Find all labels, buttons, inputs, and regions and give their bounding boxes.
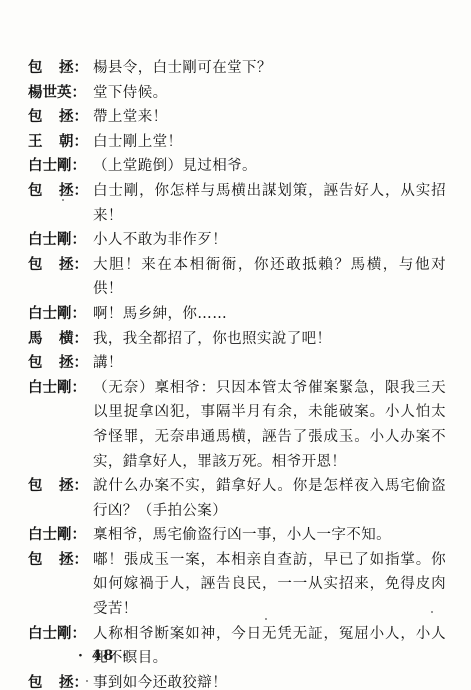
speaker-label: 白士剛: [28, 305, 72, 322]
scan-speck: [265, 618, 267, 620]
dialogue-text: 啊！馬乡紳，你……: [93, 302, 446, 327]
speaker-char: 包: [28, 474, 59, 499]
speaker-name: 白士剛：: [28, 622, 93, 647]
speaker-name: 包拯：: [28, 671, 93, 690]
dialogue-text: 人称相爷断案如神，今日无凭无証，冤屈小人，小人死不瞑目。: [93, 622, 446, 671]
speaker-name: 白士剛：: [28, 523, 93, 548]
dialogue-text: 講！: [93, 351, 446, 376]
dialogue-entry: 包拯： 說什么办案不实，錯拿好人。你是怎样夜入馬宅偷盗行凶？（手拍公案）: [28, 474, 446, 523]
dialogue-entry: 包拯： 大胆！来在本相衙衙，你还敢抵賴？馬横，与他对供！: [28, 253, 446, 302]
speaker-label: 白士剛: [28, 157, 72, 174]
dialogue-text: 說什么办案不实，錯拿好人。你是怎样夜入馬宅偷盗行凶？（手拍公案）: [93, 474, 446, 523]
speaker-label: 白士剛: [28, 379, 72, 396]
dialogue-text: （无奈）稟相爷：只因本管太爷催案緊急，限我三天以里捉拿凶犯，事隔半月有余，未能破…: [93, 376, 446, 474]
speaker-label: 白士剛: [28, 231, 72, 248]
speaker-char: 王: [28, 130, 59, 155]
dialogue-entry: 白士剛： （无奈）稟相爷：只因本管太爷催案緊急，限我三天以里捉拿凶犯，事隔半月有…: [28, 376, 446, 474]
speaker-char: 包: [28, 671, 59, 690]
speaker-label: 白士剛: [28, 625, 72, 642]
speaker-char: 馬: [28, 327, 59, 352]
speaker-name: 包拯：: [28, 548, 93, 573]
speaker-char: 包: [28, 56, 59, 81]
scan-speck: [431, 611, 433, 613]
speaker-char: 拯: [59, 551, 74, 568]
speaker-char: 拯: [59, 477, 74, 494]
dialogue-entry: 白士剛： 小人不敢为非作歹！: [28, 228, 446, 253]
dialogue-entry: 白士剛： 稟相爷，馬宅偷盗行凶一事，小人一字不知。: [28, 523, 446, 548]
dialogue-text: 帶上堂来！: [93, 105, 446, 130]
dialogue-entry: 楊世英： 堂下侍候。: [28, 81, 446, 106]
dialogue-entry: 包拯： 嘟！張成玉一案，本相亲自查訪，早已了如指掌。你如何嫁禍于人，誣告良民，一…: [28, 548, 446, 622]
speaker-name: 包拯：: [28, 253, 93, 278]
speaker-char: 拯: [59, 674, 74, 690]
speaker-name: 包拯：: [28, 179, 93, 204]
dialogue-text: 事到如今还敢狡辯！: [93, 671, 446, 690]
dialogue-entry: 白士剛： （上堂跪倒）見过相爷。: [28, 154, 446, 179]
speaker-name: 白士剛：: [28, 302, 93, 327]
scan-speck: [86, 680, 88, 682]
speaker-char: 包: [28, 179, 59, 204]
dialogue-entry: 包拯： 帶上堂来！: [28, 105, 446, 130]
dialogue-text: 堂下侍候。: [93, 81, 446, 106]
speaker-label: 白士剛: [28, 526, 72, 543]
dialogue-entry: 包拯： 事到如今还敢狡辯！: [28, 671, 446, 690]
dialogue-entry: 白士剛： 啊！馬乡紳，你……: [28, 302, 446, 327]
dialogue-entry: 王朝： 白士剛上堂！: [28, 130, 446, 155]
speaker-name: 白士剛：: [28, 228, 93, 253]
speaker-name: 馬横：: [28, 327, 93, 352]
scan-speck: [62, 199, 64, 201]
speaker-name: 包拯：: [28, 105, 93, 130]
dialogue-text: 我，我全都招了，你也照实說了吧！: [93, 327, 446, 352]
dialogue-text: 大胆！来在本相衙衙，你还敢抵賴？馬横，与他对供！: [93, 253, 446, 302]
speaker-name: 包拯：: [28, 474, 93, 499]
speaker-label: 楊世英: [28, 84, 72, 101]
speaker-char: 拯: [59, 182, 74, 199]
dialogue-text: （上堂跪倒）見过相爷。: [93, 154, 446, 179]
speaker-name: 包拯：: [28, 351, 93, 376]
dialogue-text: 楊县令，白士剛可在堂下？: [93, 56, 446, 81]
speaker-name: 楊世英：: [28, 81, 93, 106]
dialogue-entry: 馬横： 我，我全都招了，你也照实說了吧！: [28, 327, 446, 352]
page-number: · 48 ·: [78, 648, 129, 664]
speaker-char: 朝: [59, 133, 74, 150]
speaker-char: 包: [28, 351, 59, 376]
speaker-name: 包拯：: [28, 56, 93, 81]
speaker-char: 横: [59, 330, 74, 347]
speaker-char: 包: [28, 105, 59, 130]
dialogue-text: 稟相爷，馬宅偷盗行凶一事，小人一字不知。: [93, 523, 446, 548]
script-dialogue: 包拯： 楊县令，白士剛可在堂下？ 楊世英： 堂下侍候。 包拯： 帶上堂来！ 王朝…: [28, 56, 446, 690]
dialogue-entry: 包拯： 講！: [28, 351, 446, 376]
speaker-char: 拯: [59, 256, 74, 273]
dialogue-text: 白士剛，你怎样与馬横出謀划策，誣告好人，从实招来！: [93, 179, 446, 228]
speaker-char: 包: [28, 253, 59, 278]
scanned-page: 包拯： 楊县令，白士剛可在堂下？ 楊世英： 堂下侍候。 包拯： 帶上堂来！ 王朝…: [0, 0, 471, 690]
speaker-char: 拯: [59, 354, 74, 371]
dialogue-text: 白士剛上堂！: [93, 130, 446, 155]
speaker-name: 白士剛：: [28, 154, 93, 179]
dialogue-text: 小人不敢为非作歹！: [93, 228, 446, 253]
speaker-char: 拯: [59, 108, 74, 125]
speaker-char: 拯: [59, 59, 74, 76]
speaker-name: 王朝：: [28, 130, 93, 155]
speaker-char: 包: [28, 548, 59, 573]
dialogue-entry: 包拯： 白士剛，你怎样与馬横出謀划策，誣告好人，从实招来！: [28, 179, 446, 228]
speaker-name: 白士剛：: [28, 376, 93, 401]
dialogue-text: 嘟！張成玉一案，本相亲自查訪，早已了如指掌。你如何嫁禍于人，誣告良民，一一从实招…: [93, 548, 446, 622]
dialogue-entry: 包拯： 楊县令，白士剛可在堂下？: [28, 56, 446, 81]
